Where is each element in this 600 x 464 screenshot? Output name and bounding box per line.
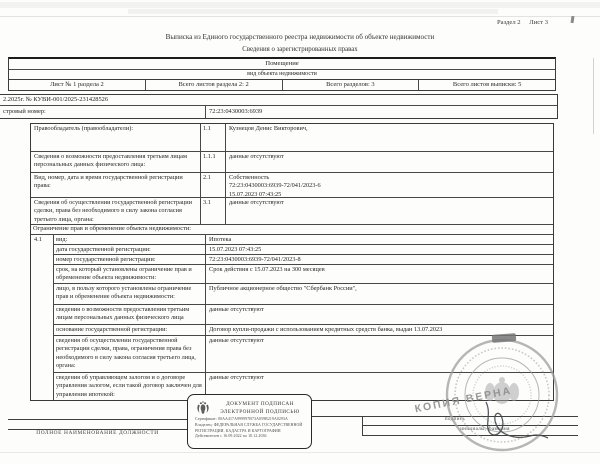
- table-row: Вид, номер, дата и время государственной…: [31, 173, 553, 198]
- sheet-info-cell: Лист № 1 раздела 2: [9, 80, 145, 90]
- stamp-validity: Действителен с 16.09.2022 по 10.12.2036: [195, 434, 309, 440]
- scan-artifact-band: [0, 2, 600, 8]
- table-row: лицо, в пользу которого установлены огра…: [54, 284, 553, 305]
- section-sheet-header: Раздел 2 Лист 3: [490, 19, 548, 26]
- cadastral-number: 72:23:0430003:6939: [205, 106, 557, 118]
- row-value: данные отсутствуют: [206, 305, 553, 324]
- table-row: номер государственной регистрации: 72:23…: [54, 255, 553, 265]
- stamp-title-line2: ЭЛЕКТРОННОЙ ПОДПИСЬЮ: [214, 409, 306, 415]
- row-value: Публичное акционерное общество "Сбербанк…: [206, 284, 553, 304]
- table-row: Сведения о возможности предоставления тр…: [31, 152, 553, 173]
- row-label: сведения об управляющем залогом и о дого…: [54, 373, 206, 400]
- table-row: Правообладатель (правообладатели): 1.1 К…: [31, 124, 553, 152]
- row-label: Сведения о возможности предоставления тр…: [31, 152, 201, 172]
- seal-ink-blot: [492, 333, 516, 343]
- page-subtitle: Сведения о зарегистрированных правах: [0, 46, 600, 53]
- row-label: вид:: [54, 235, 206, 244]
- handwritten-signature: [472, 400, 552, 445]
- sheet-info-cell: Всего разделов: 3: [282, 80, 419, 90]
- table-row: дата государственной регистрации: 15.07.…: [54, 245, 553, 255]
- table-row: сведения о возможности предоставления тр…: [54, 305, 553, 325]
- row-label: лицо, в пользу которого установлены огра…: [54, 284, 206, 304]
- row-value: данные отсутствуют: [226, 152, 553, 172]
- row-label: Правообладатель (правообладатели):: [31, 124, 201, 151]
- scan-speck: [571, 16, 575, 23]
- stamp-certificate: Сертификат: 00AA417A999997B73A059B219A02…: [195, 417, 309, 423]
- page-edge-line: [593, 58, 594, 134]
- row-label: дата государственной регистрации:: [54, 245, 206, 254]
- sheet-label: Лист 3: [529, 19, 548, 26]
- position-caption: полное наименование должности: [8, 430, 187, 436]
- request-number: 2.2025г. № КУВИ-001/2025-231428526: [0, 95, 557, 105]
- scan-artifact-line: [0, 16, 600, 17]
- row-label: Вид, номер, дата и время государственной…: [31, 173, 201, 197]
- row-number: 3.1: [201, 198, 226, 224]
- row-value: Кузнецов Денис Викторович,: [226, 124, 553, 151]
- object-type: Помещение: [9, 59, 555, 69]
- row-number: 2.1: [201, 173, 226, 197]
- cadastral-label: стровый номер:: [0, 106, 205, 118]
- position-signature-line: [8, 419, 187, 420]
- row-label: номер государственной регистрации:: [54, 255, 206, 264]
- row-value: данные отсутствуют: [226, 198, 553, 224]
- table-row: Сведения об осуществлении государственно…: [31, 198, 553, 225]
- sheet-info-row: Лист № 1 раздела 2 Всего листов раздела …: [8, 79, 556, 91]
- request-cadastral-table: 2.2025г. № КУВИ-001/2025-231428526 стров…: [0, 94, 558, 119]
- row-value: Ипотека: [206, 235, 553, 244]
- row-label: срок, на который установлены ограничение…: [54, 265, 206, 283]
- row-value: 72:23:0430003:6939-72/041/2023-8: [206, 255, 553, 264]
- sheet-info-cell: Всего листов выписки: 5: [418, 80, 555, 90]
- cadastral-row: стровый номер: 72:23:0430003:6939: [0, 105, 557, 118]
- row-value: Собственность 72:23:0430003:6939-72/041/…: [226, 173, 553, 197]
- object-type-caption: вид объекта недвижимости: [9, 69, 555, 79]
- scanned-document-page: Раздел 2 Лист 3 Выписка из Единого госуд…: [0, 0, 600, 464]
- row-value: 15.07.2023 07:43:25: [206, 245, 553, 254]
- restriction-number: 4.1: [31, 235, 54, 400]
- row-label: основание государственной регистрации:: [54, 325, 206, 335]
- object-type-table: Помещение вид объекта недвижимости: [8, 57, 556, 80]
- digital-signature-stamp: ДОКУМЕНТ ПОДПИСАН ЭЛЕКТРОННОЙ ПОДПИСЬЮ С…: [187, 394, 312, 449]
- table-row: срок, на который установлены ограничение…: [54, 265, 553, 284]
- row-number: 1.1.1: [201, 152, 226, 172]
- row-label: Сведения об осуществлении государственно…: [31, 198, 201, 224]
- row-number: 1.1: [201, 124, 226, 151]
- scan-artifact-band: [128, 9, 498, 14]
- row-label: сведения о возможности предоставления тр…: [54, 305, 206, 324]
- sheet-info-cell: Всего листов раздела 2: 2: [145, 80, 282, 90]
- page-title: Выписка из Единого государственного реес…: [0, 33, 600, 41]
- row-value: Срок действия с 15.07.2023 на 300 месяце…: [206, 265, 553, 283]
- restrictions-header: Ограничение прав и обременение объекта н…: [31, 225, 553, 235]
- stamp-title-line1: ДОКУМЕНТ ПОДПИСАН: [214, 401, 306, 407]
- stamp-title: ДОКУМЕНТ ПОДПИСАН ЭЛЕКТРОННОЙ ПОДПИСЬЮ: [214, 401, 306, 417]
- table-row: вид: Ипотека: [54, 235, 553, 245]
- section-label: Раздел 2: [497, 19, 521, 26]
- row-label: сведения об осуществлении государственно…: [54, 336, 206, 372]
- coat-of-arms-eagle-icon: [196, 400, 210, 416]
